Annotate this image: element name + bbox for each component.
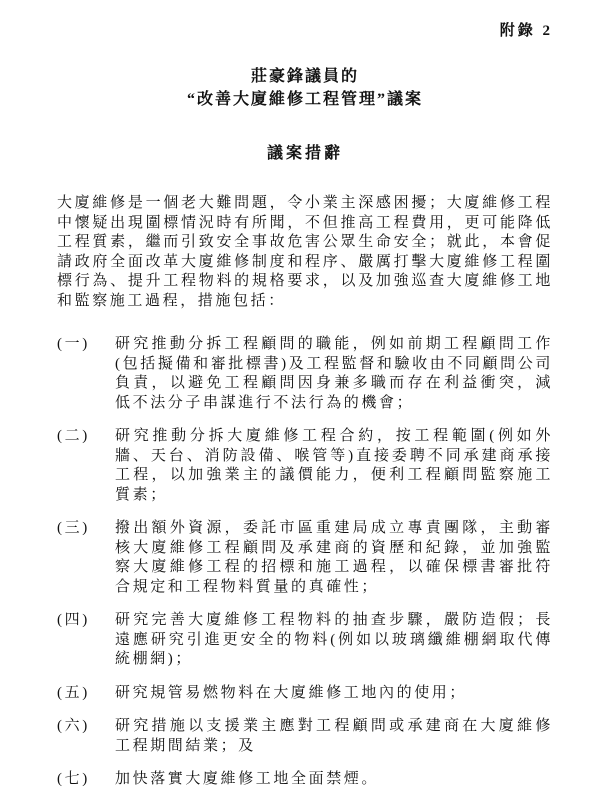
document-page: 附錄 2 莊豪鋒議員的 “改善大廈維修工程管理”議案 議案措辭 大廈維修是一個老…	[0, 0, 605, 801]
item-text: 研究推動分拆大廈維修工程合約，按工程範圍(例如外牆、天台、消防設備、喉管等)直接…	[115, 427, 553, 505]
motion-item-5: (五) 研究規管易燃物料在大廈維修工地內的使用；	[57, 684, 553, 704]
item-number: (六)	[57, 717, 115, 737]
item-text: 撥出額外資源，委託市區重建局成立專責團隊，主動審核大廈維修工程顧問及承建商的資歷…	[115, 519, 553, 597]
item-number: (五)	[57, 684, 115, 704]
item-text: 研究規管易燃物料在大廈維修工地內的使用；	[115, 684, 553, 704]
item-number: (四)	[57, 611, 115, 631]
motion-item-7: (七) 加快落實大廈維修工地全面禁煙。	[57, 770, 553, 790]
motion-title: 莊豪鋒議員的 “改善大廈維修工程管理”議案	[57, 65, 553, 111]
motion-title-line1: 莊豪鋒議員的	[57, 65, 553, 88]
section-heading: 議案措辭	[57, 144, 553, 164]
motion-item-1: (一) 研究推動分拆工程顧問的職能，例如前期工程顧問工作(包括擬備和審批標書)及…	[57, 335, 553, 413]
item-text: 研究措施以支援業主應對工程顧問或承建商在大廈維修工程期間結業；及	[115, 717, 553, 756]
appendix-label: 附錄 2	[57, 22, 553, 41]
item-text: 研究推動分拆工程顧問的職能，例如前期工程顧問工作(包括擬備和審批標書)及工程監督…	[115, 335, 553, 413]
motion-item-6: (六) 研究措施以支援業主應對工程顧問或承建商在大廈維修工程期間結業；及	[57, 717, 553, 756]
item-text: 加快落實大廈維修工地全面禁煙。	[115, 770, 553, 790]
item-text: 研究完善大廈維修工程物料的抽查步驟，嚴防造假；長遠應研究引進更安全的物料(例如以…	[115, 611, 553, 670]
motion-title-line2: “改善大廈維修工程管理”議案	[57, 88, 553, 111]
item-number: (七)	[57, 770, 115, 790]
motion-item-3: (三) 撥出額外資源，委託市區重建局成立專責團隊，主動審核大廈維修工程顧問及承建…	[57, 519, 553, 597]
motion-item-2: (二) 研究推動分拆大廈維修工程合約，按工程範圍(例如外牆、天台、消防設備、喉管…	[57, 427, 553, 505]
item-number: (三)	[57, 519, 115, 539]
item-number: (二)	[57, 427, 115, 447]
intro-paragraph: 大廈維修是一個老大難問題，令小業主深感困擾；大廈維修工程中懷疑出現圍標情況時有所…	[57, 194, 553, 311]
item-number: (一)	[57, 335, 115, 355]
motion-item-4: (四) 研究完善大廈維修工程物料的抽查步驟，嚴防造假；長遠應研究引進更安全的物料…	[57, 611, 553, 670]
